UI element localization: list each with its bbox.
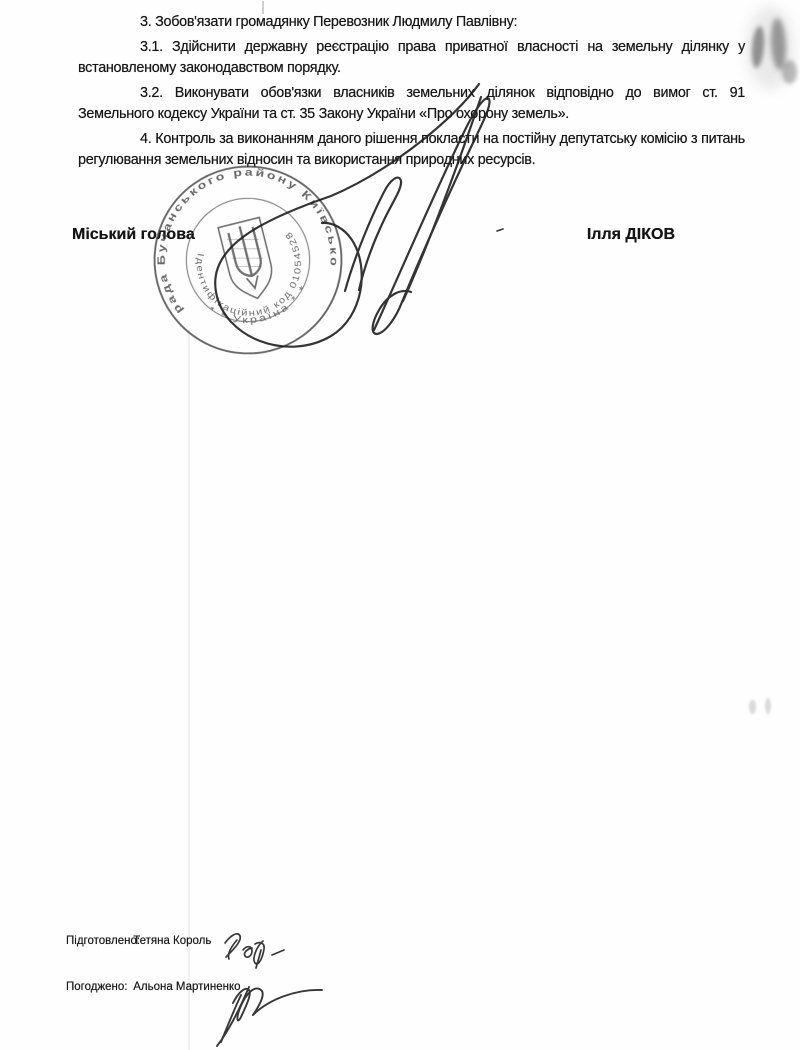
agreed-signature [185, 975, 330, 1050]
scanned-document-page: 3. Зобов'язати громадянку Перевозник Люд… [0, 0, 800, 1050]
signature-hairpin-stroke [345, 178, 401, 291]
signature-ink-dot [497, 229, 503, 231]
mayor-signature [0, 0, 800, 1050]
prepared-signature [215, 925, 295, 975]
